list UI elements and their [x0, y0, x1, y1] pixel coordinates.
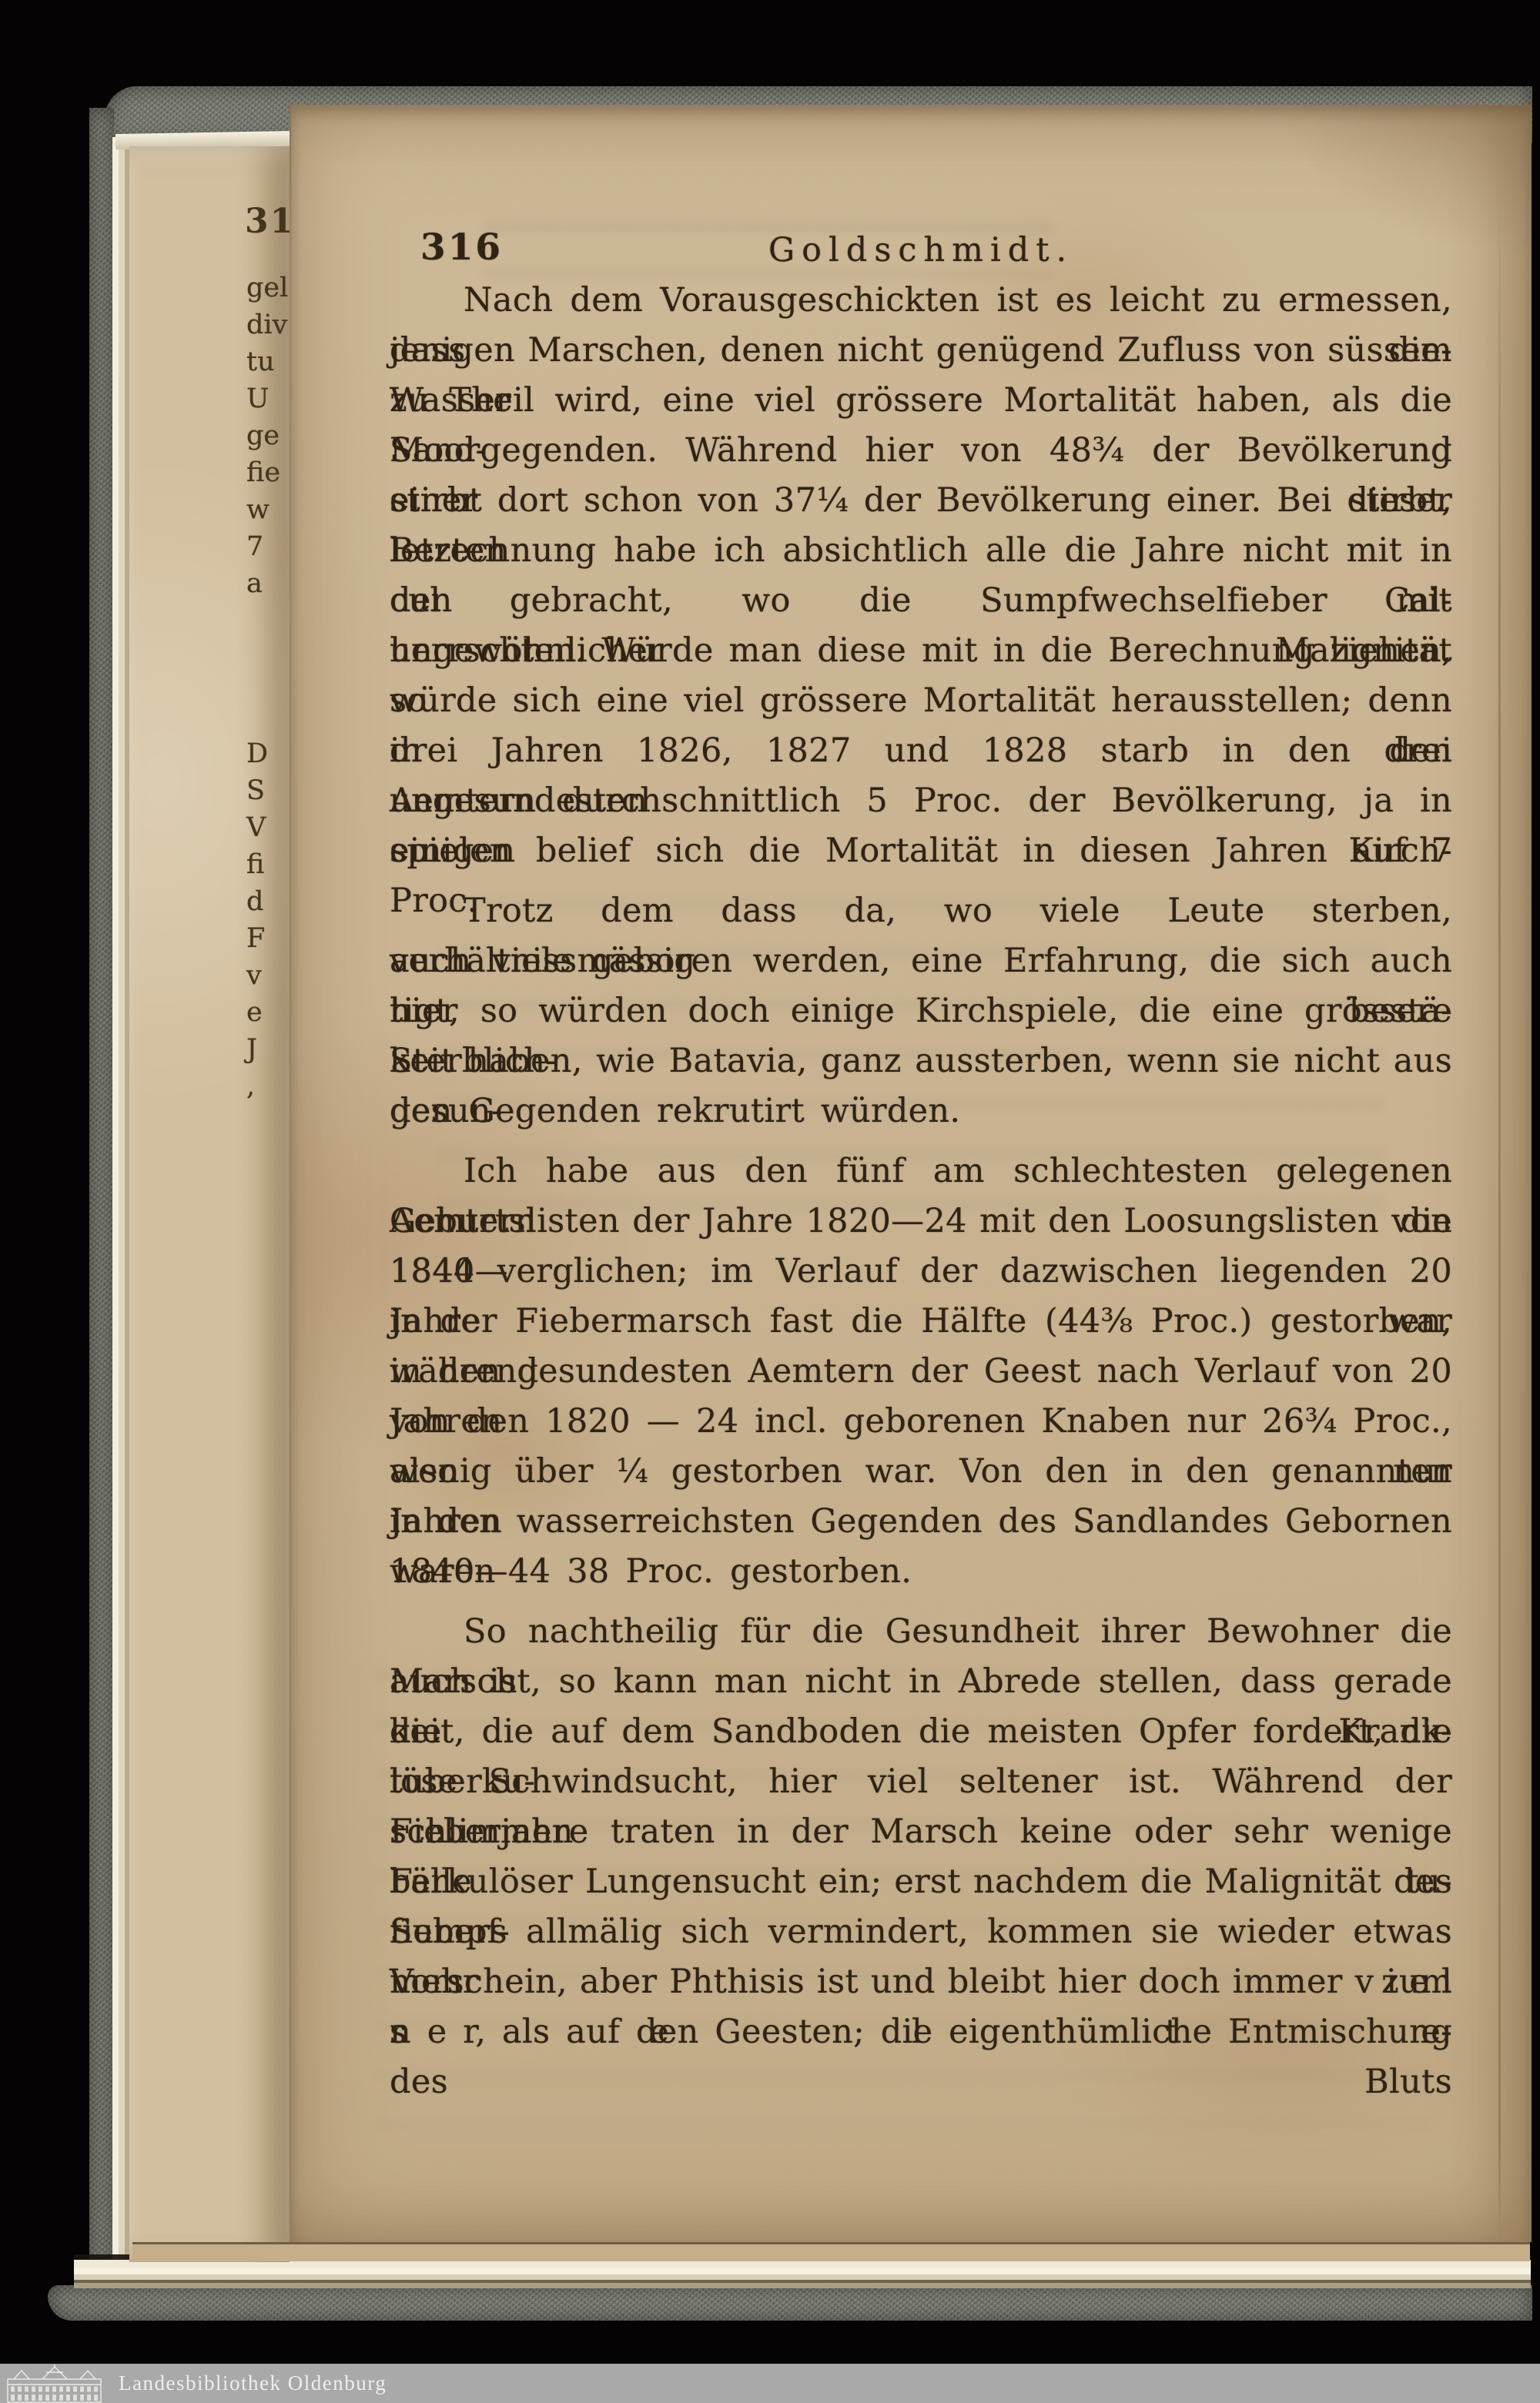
previous-page-number-fragment: 31 [245, 202, 290, 241]
text-line: in den wasserreichsten Gegenden des Sand… [390, 1497, 1452, 1547]
text-line: fiebers allmälig sich vermindert, kommen… [390, 1907, 1452, 1957]
paragraph-1: Nach dem Vorausgeschickten ist es leicht… [390, 276, 1452, 876]
text-line: Vorschein, aber Phthisis ist und bleibt … [390, 1957, 1452, 2007]
line-fragment: J [246, 1031, 290, 1068]
scanned-book-photo: { "book_page": { "page_number": "316", "… [0, 0, 1540, 2403]
running-header: Goldschmidt. [390, 231, 1452, 269]
library-footer-bar: Landesbibliothek Oldenburg [0, 2364, 1540, 2403]
paragraph-3: Ich habe aus den fünf am schlechtesten g… [390, 1146, 1452, 1597]
next-page-strip-bottom [132, 2242, 1530, 2261]
text-line: berkulöser Lungensucht ein; erst nachdem… [390, 1857, 1452, 1907]
line-fragment: V [246, 809, 290, 846]
text-line: auch viele geboren werden, eine Erfahrun… [390, 936, 1452, 986]
text-line: 1840—44 38 Proc. gestorben. [390, 1547, 1452, 1597]
line-fragment: S [246, 772, 290, 809]
text-line: Moorgegenden. Während hier von 48¾ der B… [390, 426, 1452, 476]
text-line: keit haben, wie Batavia, ganz aussterben… [390, 1036, 1452, 1086]
text-line: Berechnung habe ich absichtlich alle die… [390, 526, 1452, 576]
text-line: zu Theil wird, eine viel grössere Mortal… [390, 376, 1452, 426]
text-line: wenig über ¼ gestorben war. Von den in d… [390, 1447, 1452, 1497]
line-fragment: ge [246, 417, 290, 454]
text-block: Nach dem Vorausgeschickten ist es leicht… [390, 276, 1452, 2057]
text-line: herrschten. Würde man diese mit in die B… [390, 626, 1452, 676]
line-fragment: gel [246, 269, 290, 306]
text-line: 1844 verglichen; im Verlauf der dazwisch… [390, 1247, 1452, 1297]
text-line: in den gesundesten Aemtern der Geest nac… [390, 1347, 1452, 1397]
line-fragment: U [246, 380, 290, 417]
library-name-label: Landesbibliothek Oldenburg [119, 2371, 387, 2395]
previous-page-line-fragments-lower: D S V fi d F v e J , [246, 735, 290, 1105]
text-line: stirbt dort schon von 37¼ der Bevölkerun… [390, 476, 1452, 526]
text-line: So nachtheilig für die Gesundheit ihrer … [390, 1607, 1452, 1657]
book-cloth-bottom-edge [48, 2285, 1532, 2321]
line-fragment: d [246, 883, 290, 920]
page-stack-edge-left [112, 137, 131, 2264]
previous-page-line-fragments-upper: gel div tu U ge fie w 7 a [246, 269, 290, 602]
paragraph-2: Trotz dem dass da, wo viele Leute sterbe… [390, 886, 1452, 1136]
line-fragment: tu [246, 343, 290, 380]
line-fragment: F [246, 920, 290, 957]
text-line: würde sich eine viel grössere Mortalität… [390, 676, 1452, 726]
line-fragment: e [246, 994, 290, 1031]
text-line: cul gebracht, wo die Sumpfwechselfieber … [390, 576, 1452, 626]
line-fragment: fi [246, 846, 290, 883]
text-line: jenigen Marschen, denen nicht genügend Z… [390, 326, 1452, 376]
text-line: tigt, so würden doch einige Kirchspiele,… [390, 986, 1452, 1036]
text-line: Ich habe aus den fünf am schlechtesten g… [390, 1146, 1452, 1196]
text-line: auch ist, so kann man nicht in Abrede st… [390, 1657, 1452, 1707]
text-line: Fieberjahre traten in der Marsch keine o… [390, 1807, 1452, 1857]
line-fragment: v [246, 957, 290, 994]
book-page-316: 316 Goldschmidt. Nach dem Vorausgeschick… [290, 105, 1532, 2242]
text-line: Trotz dem dass da, wo viele Leute sterbe… [390, 886, 1452, 936]
previous-page-edge: 31 gel div tu U ge fie w 7 a D S V fi d … [129, 146, 290, 2262]
line-fragment: , [246, 1068, 290, 1105]
text-line: löse Schwindsucht, hier viel seltener is… [390, 1757, 1452, 1807]
text-line: Aemtern durchschnittlich 5 Proc. der Bev… [390, 776, 1452, 826]
line-fragment: w [246, 491, 290, 528]
line-fragment: a [246, 565, 290, 602]
paragraph-4: So nachtheilig für die Gesundheit ihrer … [390, 1607, 1452, 2057]
text-line: den Gegenden rekrutirt würden. [390, 1086, 1452, 1136]
line-fragment: D [246, 735, 290, 772]
text-line: n e r, als auf den Geesten; die eigenthü… [390, 2007, 1452, 2057]
line-fragment: div [246, 306, 290, 343]
text-line: Nach dem Vorausgeschickten ist es leicht… [390, 276, 1452, 326]
book-cloth-left-edge [89, 108, 114, 2302]
text-line: von den 1820 — 24 incl. geborenen Knaben… [390, 1397, 1452, 1447]
library-building-icon [6, 2365, 103, 2403]
text-line: in der Fiebermarsch fast die Hälfte (44⅜… [390, 1297, 1452, 1347]
text-line: keit, die auf dem Sandboden die meisten … [390, 1707, 1452, 1757]
text-line: Geburtslisten der Jahre 1820—24 mit den … [390, 1196, 1452, 1247]
line-fragment: fie [246, 454, 290, 491]
text-line: drei Jahren 1826, 1827 und 1828 starb in… [390, 726, 1452, 776]
text-line: spielen belief sich die Mortalität in di… [390, 826, 1452, 876]
line-fragment: 7 [246, 528, 290, 565]
